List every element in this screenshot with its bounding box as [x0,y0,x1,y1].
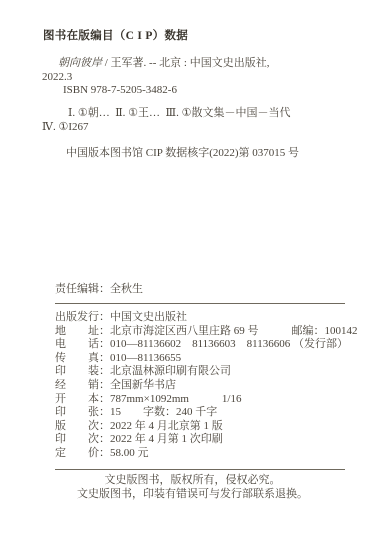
publication-rows: 出版发行：中国文史出版社 地 址：北京市海淀区西八里庄路 69 号 邮编：100… [55,311,349,461]
field-value: 2022 年 4 月第 1 次印刷 [110,433,223,445]
editor-row: 责任编辑：全秋生 [55,283,143,297]
publication-row: 印 装：北京温林源印刷有限公司 [55,365,349,379]
field-value: 2022 年 4 月北京第 1 版 [110,420,223,432]
publication-row: 经 销：全国新华书店 [55,379,349,393]
publication-year: 2022.3 [42,71,349,85]
cip-reference-number: 中国版本图书馆 CIP 数据核字(2022)第 037015 号 [42,147,299,161]
field-value: 15 字数：240 千字 [110,406,217,418]
field-value: 北京市海淀区西八里庄路 69 号 邮编：100142 [110,325,358,337]
field-value: 全秋生 [110,283,143,295]
field-value: 010—81136655 [110,352,181,364]
field-label: 传 真： [55,352,110,364]
field-label: 出版发行： [55,311,110,323]
field-value: 北京温林源印刷有限公司 [110,365,231,377]
field-label: 印 装： [55,365,110,377]
footer-notice: 文史版图书，版权所有，侵权必究。 文史版图书，印装有错误可与发行部联系退换。 [0,474,375,502]
footer-line-copyright: 文史版图书，版权所有，侵权必究。 [10,474,375,488]
field-label: 定 价： [55,447,110,459]
field-label: 经 销： [55,379,110,391]
field-label: 责任编辑： [55,283,110,295]
field-value: 58.00 元 [110,447,149,459]
field-label: 地 址： [55,325,110,337]
publication-row: 版 次：2022 年 4 月北京第 1 版 [55,420,349,434]
field-label: 印 张： [55,406,110,418]
divider-rule-top [55,303,345,304]
publication-row: 出版发行：中国文史出版社 [55,311,349,325]
field-value: 中国文史出版社 [110,311,187,323]
cip-record-line-1: 朝向彼岸 / 王军著. -- 北京 : 中国文史出版社, [42,57,349,71]
publication-row: 印 次：2022 年 4 月第 1 次印刷 [55,433,349,447]
book-title-rest: / 王军著. -- 北京 : 中国文史出版社, [102,57,269,69]
isbn-line: ISBN 978-7-5205-3482-6 [42,84,349,98]
field-value: 010—81136602 81136603 81136606 （发行部） [110,338,348,350]
publication-row: 地 址：北京市海淀区西八里庄路 69 号 邮编：100142 [55,325,349,339]
classification-line-2: Ⅳ. ①I267 [42,121,349,135]
publication-row: 电 话：010—81136602 81136603 81136606 （发行部） [55,338,349,352]
publication-row: 开 本：787mm×1092mm 1/16 [55,393,349,407]
classification-block: Ⅰ. ①朝… Ⅱ. ①王… Ⅲ. ①散文集－中国－当代 Ⅳ. ①I267 [42,107,349,134]
field-label: 版 次： [55,420,110,432]
cip-record: 朝向彼岸 / 王军著. -- 北京 : 中国文史出版社, 2022.3 ISBN… [42,57,349,98]
publication-row: 印 张：15 字数：240 千字 [55,406,349,420]
divider-rule-bottom [55,469,345,470]
publication-row: 定 价：58.00 元 [55,447,349,461]
footer-line-returns: 文史版图书，印装有错误可与发行部联系退换。 [10,488,375,502]
field-label: 印 次： [55,433,110,445]
classification-line-1: Ⅰ. ①朝… Ⅱ. ①王… Ⅲ. ①散文集－中国－当代 [42,107,349,121]
publication-row: 传 真：010—81136655 [55,352,349,366]
field-value: 全国新华书店 [110,379,176,391]
copyright-page: 图书在版编目（C I P）数据 朝向彼岸 / 王军著. -- 北京 : 中国文史… [0,0,375,535]
book-title: 朝向彼岸 [58,57,102,69]
field-label: 开 本： [55,393,110,405]
field-label: 电 话： [55,338,110,350]
field-value: 787mm×1092mm 1/16 [110,393,241,405]
cip-header: 图书在版编目（C I P）数据 [43,27,188,43]
